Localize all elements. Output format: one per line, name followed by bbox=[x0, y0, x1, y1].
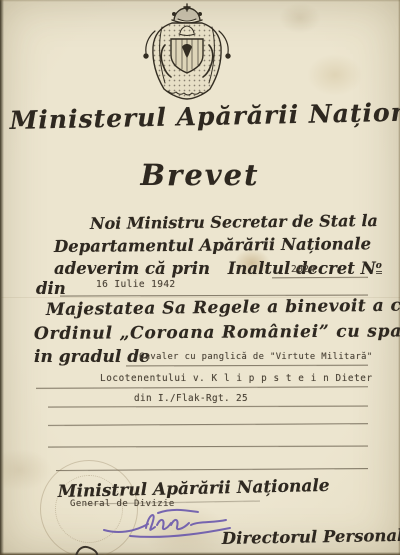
recipient-name: Locotenentului v. K l i p p s t e i n Di… bbox=[100, 373, 373, 384]
decree-date: 16 Iulie 1942 bbox=[96, 279, 176, 290]
blank-rule-1 bbox=[48, 423, 368, 426]
decree-number-rule bbox=[272, 277, 368, 279]
blank-rule-2 bbox=[48, 445, 368, 447]
page-edge-top bbox=[0, 0, 400, 2]
grade-value: Cavaler cu panglică de "Virtute Militară… bbox=[139, 352, 373, 362]
body-line-2: Departamentul Apărării Naționale bbox=[54, 234, 371, 256]
body-line-1: Noi Ministru Secretar de Stat la bbox=[90, 211, 378, 233]
minister-signature bbox=[100, 503, 240, 541]
body-line-6: Ordinul „Coroana României” cu spade bbox=[34, 321, 400, 344]
grade-rule bbox=[126, 365, 368, 367]
coat-of-arms-icon bbox=[132, 3, 242, 105]
page-edge-left bbox=[0, 0, 4, 555]
director-title: Directorul Personalului bbox=[222, 525, 400, 548]
cutoff-pen-stroke bbox=[74, 544, 104, 555]
body-line-3: adeverim că prin Inaltul decret No bbox=[54, 259, 382, 278]
decree-no-abbrev: o bbox=[376, 260, 382, 274]
decree-number: 2024 bbox=[291, 264, 315, 275]
document-page: Ministerul Apărării Naționale Brevet Noi… bbox=[0, 0, 400, 555]
unit-rule bbox=[48, 405, 368, 407]
body-line-3-part1: adeverim că prin bbox=[54, 259, 210, 278]
recipient-rule bbox=[36, 386, 368, 388]
document-type-title: Brevet bbox=[0, 158, 400, 192]
body-line-7: in gradul de bbox=[34, 347, 150, 367]
unit-name: din I./Flak-Rgt. 25 bbox=[134, 393, 248, 404]
ministry-title: Ministerul Apărării Naționale bbox=[9, 98, 394, 135]
body-line-5: Majestatea Sa Regele a binevoit a confer… bbox=[46, 295, 400, 320]
blank-rule-3 bbox=[56, 468, 368, 471]
